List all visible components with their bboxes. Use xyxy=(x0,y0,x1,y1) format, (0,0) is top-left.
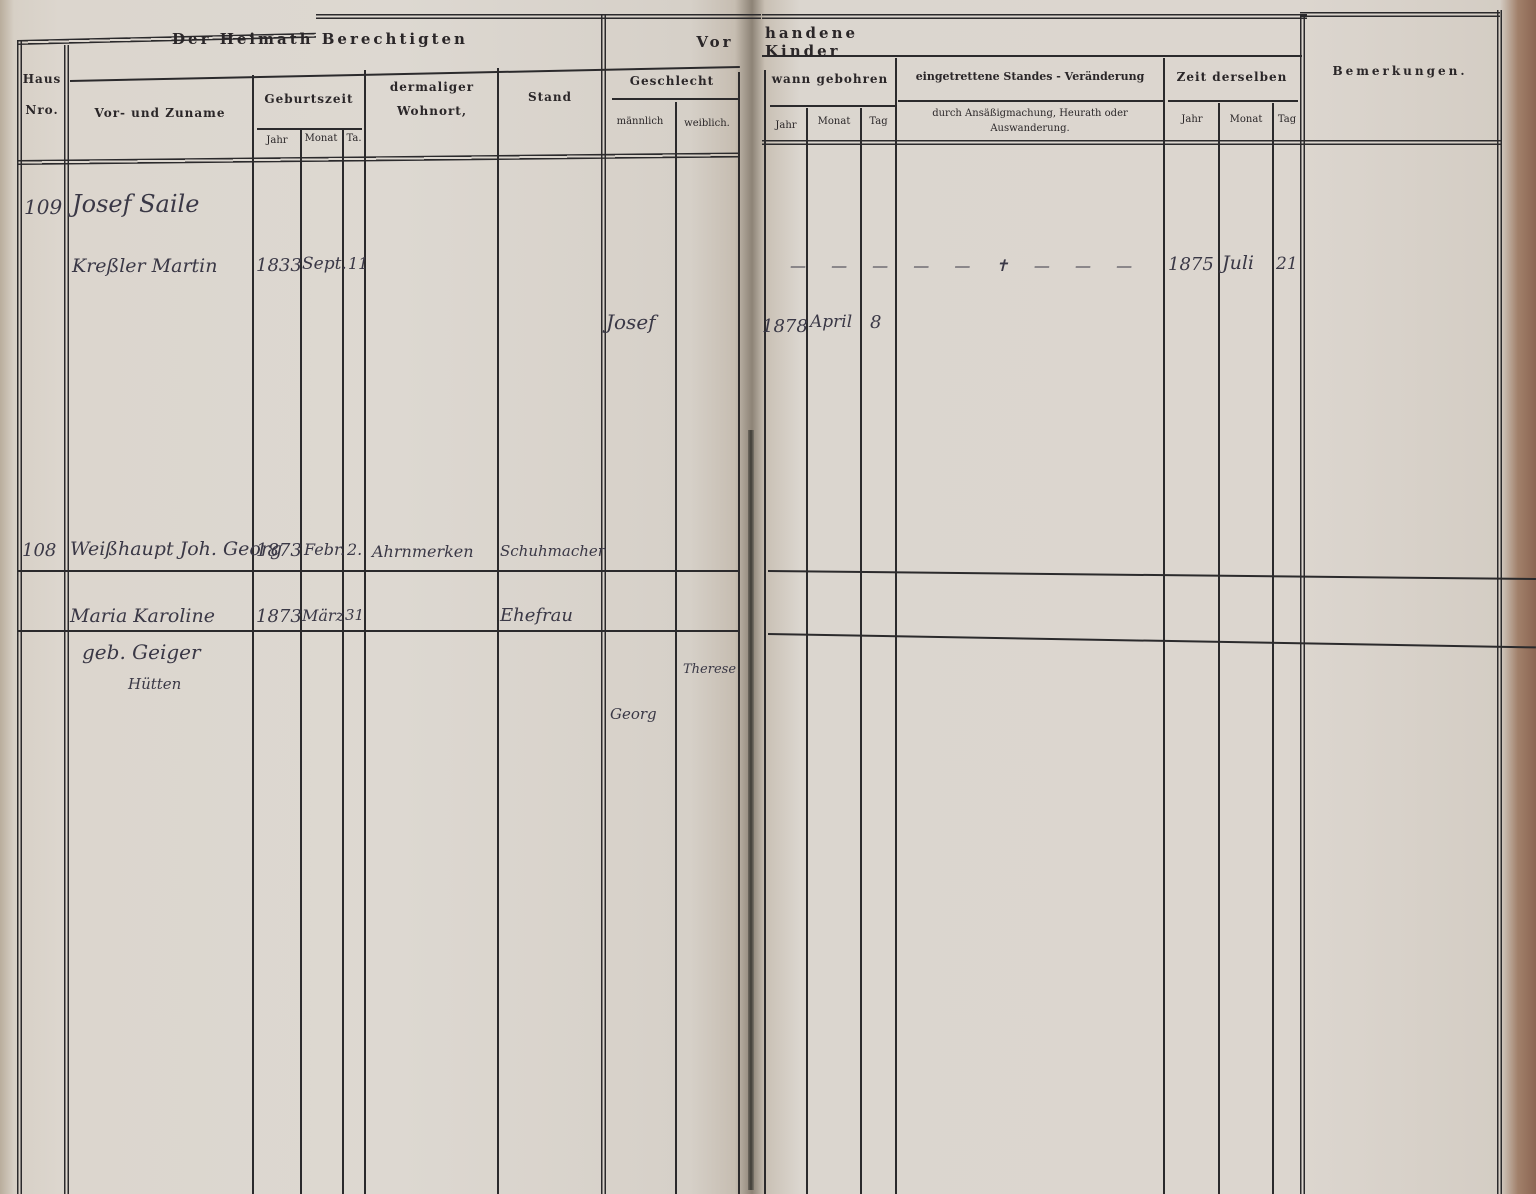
header-geb-tag: Ta. xyxy=(343,133,365,144)
entry-109-child-day: 8 xyxy=(870,312,881,333)
header-name: Vor- und Zuname xyxy=(70,106,250,120)
header-wann-gebohren: wann gebohren xyxy=(766,72,894,86)
frame-top-bemerk xyxy=(1300,12,1500,17)
col-line-right-start xyxy=(764,70,766,1194)
entry-109-zeit-jahr: 1875 xyxy=(1168,254,1214,275)
col-line-zeit-jahr xyxy=(1218,103,1220,1194)
col-line-weiblich xyxy=(738,72,740,1194)
zeit-subline xyxy=(1168,100,1298,102)
header-bemerkungen: Bemerkungen. xyxy=(1304,64,1496,78)
col-line-name xyxy=(252,75,254,1194)
ledger-spread: Der Heimath Berechtigten Vor handene Kin… xyxy=(0,0,1536,1194)
entry-109-zeit-monat: Juli xyxy=(1222,252,1254,274)
frame-top-right xyxy=(762,14,1307,19)
entry-108-row-line-right xyxy=(768,570,1536,580)
header-geb-jahr: Jahr xyxy=(255,135,299,146)
header-bottom-right xyxy=(762,140,1502,145)
entry-108-row-line2-right xyxy=(768,633,1536,648)
col-line-jahr xyxy=(300,130,302,1194)
header-nro: Nro. xyxy=(20,103,64,117)
header-standes-sub1: durch Ansäßigmachung, Heurath oder xyxy=(898,108,1162,119)
header-kinder-monat: Monat xyxy=(808,116,860,127)
col-line-standes xyxy=(1163,58,1165,1194)
entry-108-birth-month: Febr. xyxy=(304,540,345,559)
header-geb-monat: Monat xyxy=(301,133,341,144)
col-line-frame-right xyxy=(1497,10,1502,1194)
title-handene-kinder: handene Kinder xyxy=(765,24,925,60)
entry-108-name: Weißhaupt Joh. Georg xyxy=(70,538,282,560)
entry-109-spouse-name: Kreßler Martin xyxy=(72,255,217,277)
entry-108-child-maennlich: Georg xyxy=(610,705,657,723)
col-line-frame-left xyxy=(17,40,22,1194)
entry-108-spouse-month: März xyxy=(302,606,344,625)
header-weiblich: weiblich. xyxy=(677,118,737,129)
entry-108-spouse-name-line2: geb. Geiger xyxy=(82,640,201,664)
entry-108-spouse-day: 31 xyxy=(345,606,364,624)
geburtszeit-subline xyxy=(257,128,362,130)
header-wohnort: Wohnort, xyxy=(368,104,496,118)
entry-108-stand: Schuhmacher xyxy=(500,542,605,560)
entry-109-name: Josef Saile xyxy=(72,190,199,218)
col-line-zeit-monat xyxy=(1272,103,1274,1194)
entry-108-child-weiblich: Therese xyxy=(683,662,736,677)
gebohren-subline xyxy=(770,105,895,107)
entry-108-spouse-stand: Ehefrau xyxy=(500,605,573,626)
header-kinder-tag: Tag xyxy=(862,116,895,127)
header-bottom-left xyxy=(18,152,740,165)
header-zeit-tag: Tag xyxy=(1274,114,1300,125)
header-stand: Stand xyxy=(500,90,600,104)
header-zeit-derselben: Zeit derselben xyxy=(1166,70,1298,84)
entry-109-spouse-year: 1833 xyxy=(256,255,302,276)
entry-108-haus-nro: 108 xyxy=(22,540,56,561)
entry-108-spouse-name-line1: Maria Karoline xyxy=(70,605,215,627)
entry-108-spouse-name-line3: Hütten xyxy=(128,675,181,693)
header-standes-veraenderung: eingetrettene Standes - Veränderung xyxy=(898,70,1162,83)
col-line-tag xyxy=(364,70,366,1194)
entry-109-spouse-month: Sept. xyxy=(302,254,347,274)
col-line-maennlich xyxy=(675,102,677,1194)
col-line-zeit-tag xyxy=(1300,15,1305,1194)
entry-109-spouse-day: 11 xyxy=(348,254,368,273)
header-geschlecht: Geschlecht xyxy=(606,74,738,88)
entry-109-child-month: April xyxy=(810,312,852,332)
entry-109-veraenderung-mark: — — — — — ✝ — — — xyxy=(790,256,1142,275)
header-kinder-jahr: Jahr xyxy=(766,120,806,131)
entry-108-spouse-year: 1873 xyxy=(256,606,302,627)
header-zeit-jahr: Jahr xyxy=(1166,114,1218,125)
header-geburtszeit: Geburtszeit xyxy=(255,92,363,106)
title-heimath-berechtigten: Der Heimath Berechtigten xyxy=(160,30,480,48)
entry-109-child-year: 1878 xyxy=(762,316,808,337)
header-dermaliger: dermaliger xyxy=(368,80,496,94)
entry-108-birth-day: 2. xyxy=(347,540,362,559)
entry-108-row-line-left xyxy=(18,570,738,572)
entry-109-zeit-tag: 21 xyxy=(1276,254,1298,274)
header-standes-sub2: Auswanderung. xyxy=(898,123,1162,134)
book-gutter-fold xyxy=(748,430,754,1190)
header-haus: Haus xyxy=(20,72,64,86)
geschlecht-subline xyxy=(612,98,740,100)
frame-top-mid xyxy=(316,14,761,19)
col-line-haus xyxy=(64,45,69,1194)
entry-109-child-maennlich: Josef xyxy=(606,310,656,334)
standes-subline xyxy=(898,100,1163,102)
col-line-stand xyxy=(601,15,606,1194)
col-line-monat xyxy=(342,130,344,1194)
entry-108-wohnort: Ahrnmerken xyxy=(372,542,474,561)
entry-108-birth-year: 1873 xyxy=(256,540,302,561)
title-vor: Vor xyxy=(680,33,750,51)
header-zeit-monat: Monat xyxy=(1220,114,1272,125)
entry-109-haus-nro: 109 xyxy=(24,195,62,219)
header-maennlich: männlich xyxy=(606,116,674,127)
entry-108-row-line2-left xyxy=(18,630,738,632)
col-line-kinder-tag xyxy=(895,58,897,1194)
